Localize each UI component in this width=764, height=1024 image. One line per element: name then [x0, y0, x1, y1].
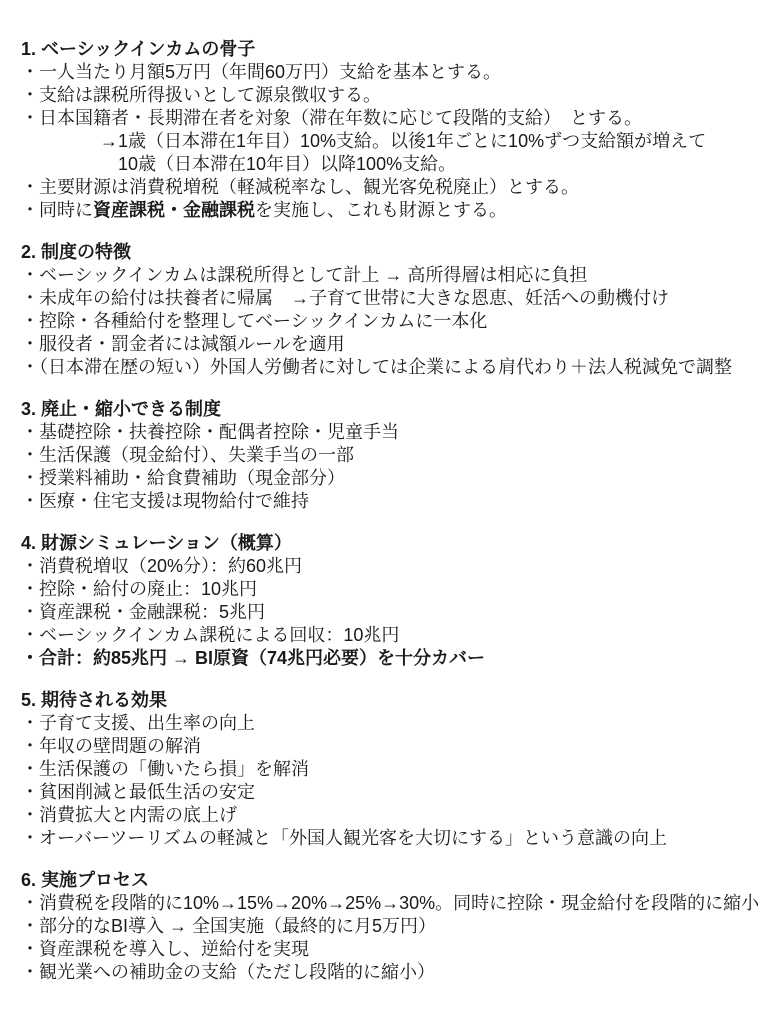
bullet-line: ・授業料補助・給食費補助（現金部分）	[21, 467, 758, 490]
indent-line: 10歳（日本滞在10年目）以降100%支給。	[21, 153, 758, 176]
bullet-line: ・ベーシックインカム課税による回収：10兆円	[21, 624, 758, 647]
text-run: ・消費拡大と内需の底上げ	[21, 805, 237, 825]
bullet-line: ・資産課税を導入し、逆給付を実現	[21, 938, 758, 961]
text-run: ・支給は課税所得扱いとして源泉徴収する。	[21, 85, 381, 105]
section: 3. 廃止・縮小できる制度・基礎控除・扶養控除・配偶者控除・児童手当・生活保護（…	[21, 398, 758, 513]
bullet-line: ・同時に資産課税・金融課税を実施し、これも財源とする。	[21, 199, 758, 222]
text-run: ・貧困削減と最低生活の安定	[21, 782, 255, 802]
bullet-line: ・控除・給付の廃止：10兆円	[21, 578, 758, 601]
text-run: ・消費税増収（20%分）：約60兆円	[21, 556, 302, 576]
bullet-line: ・一人当たり月額5万円（年間60万円）支給を基本とする。	[21, 61, 758, 84]
document-page: 1. ベーシックインカムの骨子・一人当たり月額5万円（年間60万円）支給を基本と…	[0, 0, 764, 1024]
text-run: ・日本国籍者・長期滞在者を対象（滞在年数に応じて段階的支給） とする。	[21, 108, 642, 128]
bullet-line: ・資産課税・金融課税：5兆円	[21, 601, 758, 624]
section: 2. 制度の特徴・ベーシックインカムは課税所得として計上 → 高所得層は相応に負…	[21, 241, 758, 379]
bullet-line: ・ベーシックインカムは課税所得として計上 → 高所得層は相応に負担	[21, 264, 758, 287]
bullet-line: ・未成年の給付は扶養者に帰属 →子育て世帯に大きな恩恵、妊活への動機付け	[21, 287, 758, 310]
bullet-line: ・医療・住宅支援は現物給付で維持	[21, 490, 758, 513]
section: 5. 期待される効果・子育て支援、出生率の向上・年収の壁問題の解消・生活保護の「…	[21, 689, 758, 850]
bullet-line: ・主要財源は消費税増税（軽減税率なし、観光客免税廃止）とする。	[21, 176, 758, 199]
text-run: ・合計：約85兆円 → BI原資（74兆円必要）を十分カバー	[21, 648, 485, 668]
text-run: ・生活保護（現金給付）、失業手当の一部	[21, 445, 354, 465]
text-run: ・年収の壁問題の解消	[21, 736, 201, 756]
bullet-line: ・基礎控除・扶養控除・配偶者控除・児童手当	[21, 421, 758, 444]
text-run: を実施し、これも財源とする。	[255, 200, 507, 220]
text-run: ・資産課税を導入し、逆給付を実現	[21, 939, 309, 959]
bullet-line: ・子育て支援、出生率の向上	[21, 712, 758, 735]
text-run: ・オーバーツーリズムの軽減と「外国人観光客を大切にする」という意識の向上	[21, 828, 667, 848]
text-run: ・子育て支援、出生率の向上	[21, 713, 255, 733]
text-run: ・服役者・罰金者には減額ルールを適用	[21, 334, 345, 354]
text-run: ・控除・給付の廃止：10兆円	[21, 579, 257, 599]
text-run: 10歳（日本滞在10年目）以降100%支給。	[118, 154, 456, 174]
text-run: ・生活保護の「働いたら損」を解消	[21, 759, 309, 779]
text-run: ・未成年の給付は扶養者に帰属 →子育て世帯に大きな恩恵、妊活への動機付け	[21, 288, 669, 308]
bullet-line: ・貧困削減と最低生活の安定	[21, 781, 758, 804]
bullet-line: ・生活保護の「働いたら損」を解消	[21, 758, 758, 781]
bullet-line: ・合計：約85兆円 → BI原資（74兆円必要）を十分カバー	[21, 647, 758, 670]
bullet-line: ・消費拡大と内需の底上げ	[21, 804, 758, 827]
text-run: →1歳（日本滞在1年目）10%支給。以後1年ごとに10%ずつ支給額が増えて	[100, 131, 706, 151]
bullet-line: ・部分的なBI導入 → 全国実施（最終的に月5万円）	[21, 915, 758, 938]
text-run: ・医療・住宅支援は現物給付で維持	[21, 491, 309, 511]
section: 4. 財源シミュレーション（概算）・消費税増収（20%分）：約60兆円・控除・給…	[21, 532, 758, 670]
section-heading: 3. 廃止・縮小できる制度	[21, 398, 758, 421]
bullet-line: ・年収の壁問題の解消	[21, 735, 758, 758]
bullet-line: ・オーバーツーリズムの軽減と「外国人観光客を大切にする」という意識の向上	[21, 827, 758, 850]
text-run: ・（日本滞在歴の短い）外国人労働者に対しては企業による肩代わり＋法人税減免で調整	[21, 357, 732, 377]
text-run: ・授業料補助・給食費補助（現金部分）	[21, 468, 345, 488]
bullet-line: ・控除・各種給付を整理してベーシックインカムに一本化	[21, 310, 758, 333]
bullet-line: ・（日本滞在歴の短い）外国人労働者に対しては企業による肩代わり＋法人税減免で調整	[21, 356, 758, 379]
section: 1. ベーシックインカムの骨子・一人当たり月額5万円（年間60万円）支給を基本と…	[21, 38, 758, 222]
text-run: ・同時に	[21, 200, 93, 220]
text-run: ・控除・各種給付を整理してベーシックインカムに一本化	[21, 311, 487, 331]
section-heading: 5. 期待される効果	[21, 689, 758, 712]
bullet-line: ・支給は課税所得扱いとして源泉徴収する。	[21, 84, 758, 107]
text-run: ・主要財源は消費税増税（軽減税率なし、観光客免税廃止）とする。	[21, 177, 579, 197]
bullet-line: ・日本国籍者・長期滞在者を対象（滞在年数に応じて段階的支給） とする。	[21, 107, 758, 130]
section-heading: 2. 制度の特徴	[21, 241, 758, 264]
section: 6. 実施プロセス・消費税を段階的に10%→15%→20%→25%→30%。同時…	[21, 869, 758, 984]
text-run: ・基礎控除・扶養控除・配偶者控除・児童手当	[21, 422, 399, 442]
section-heading: 4. 財源シミュレーション（概算）	[21, 532, 758, 555]
indent-line: →1歳（日本滞在1年目）10%支給。以後1年ごとに10%ずつ支給額が増えて	[21, 130, 758, 153]
bullet-line: ・服役者・罰金者には減額ルールを適用	[21, 333, 758, 356]
text-run: ・消費税を段階的に10%→15%→20%→25%→30%。同時に控除・現金給付を…	[21, 893, 759, 913]
text-run: ・観光業への補助金の支給（ただし段階的に縮小）	[21, 962, 435, 982]
text-run: ・一人当たり月額5万円（年間60万円）支給を基本とする。	[21, 62, 501, 82]
bullet-line: ・観光業への補助金の支給（ただし段階的に縮小）	[21, 961, 758, 984]
text-run: ・資産課税・金融課税：5兆円	[21, 602, 265, 622]
text-run: ・部分的なBI導入 → 全国実施（最終的に月5万円）	[21, 916, 436, 936]
text-run: ・ベーシックインカム課税による回収：10兆円	[21, 625, 399, 645]
bold-text-run: 資産課税・金融課税	[93, 200, 255, 220]
bullet-line: ・生活保護（現金給付）、失業手当の一部	[21, 444, 758, 467]
text-run: ・ベーシックインカムは課税所得として計上 → 高所得層は相応に負担	[21, 265, 587, 285]
bullet-line: ・消費税増収（20%分）：約60兆円	[21, 555, 758, 578]
section-heading: 6. 実施プロセス	[21, 869, 758, 892]
bullet-line: ・消費税を段階的に10%→15%→20%→25%→30%。同時に控除・現金給付を…	[21, 892, 758, 915]
section-heading: 1. ベーシックインカムの骨子	[21, 38, 758, 61]
